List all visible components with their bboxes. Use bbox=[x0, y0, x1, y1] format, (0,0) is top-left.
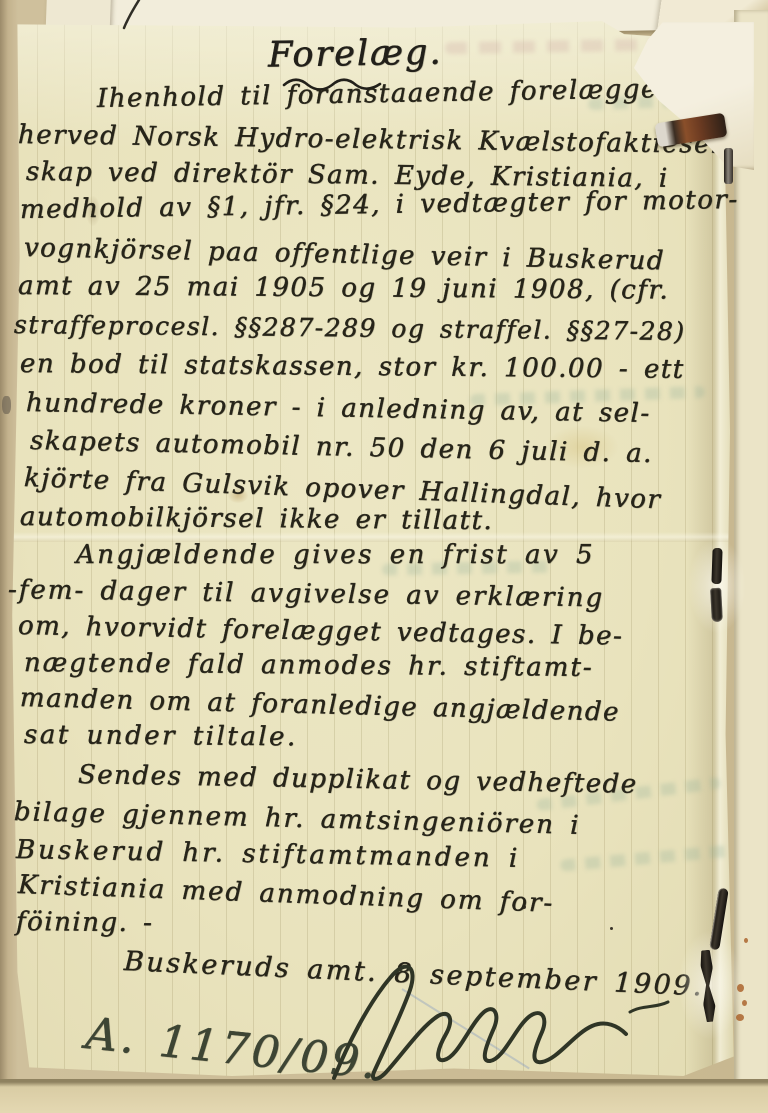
document-title: Forelæg. bbox=[268, 32, 443, 75]
handwritten-line: om, hvorvidt forelægget vedtages. I be- bbox=[18, 611, 624, 652]
rust-spot bbox=[737, 984, 744, 992]
handwritten-line: Ihenhold til foranstaaende forelægges bbox=[97, 74, 673, 114]
handwritten-text: Forelæg. Ihenhold til foranstaaende fore… bbox=[0, 0, 768, 1113]
handwritten-line: en bod til statskassen, stor kr. 100.00 … bbox=[20, 349, 685, 385]
rust-spot bbox=[736, 1014, 744, 1021]
handwritten-line: nægtende fald anmodes hr. stiftamt- bbox=[24, 648, 594, 683]
staple-icon bbox=[711, 548, 722, 584]
staple-icon bbox=[710, 588, 723, 623]
signature bbox=[328, 962, 674, 1088]
rust-spot bbox=[742, 1000, 747, 1006]
handwritten-line: -fem- dager til avgivelse av erklæring bbox=[8, 575, 605, 613]
metal-clip-bar bbox=[724, 148, 733, 184]
handwritten-line: sat under tiltale. bbox=[24, 720, 298, 752]
handwritten-line: skapets automobil nr. 50 den 6 juli d. a… bbox=[30, 426, 654, 469]
handwritten-line: vognkjörsel paa offentlige veir i Busker… bbox=[24, 233, 666, 276]
handwritten-line: automobilkjörsel ikke er tillatt. bbox=[20, 502, 494, 536]
handwritten-line: Angjældende gives en frist av 5 bbox=[76, 540, 595, 570]
handwritten-line: föining. - bbox=[16, 907, 154, 938]
handwritten-line: amt av 25 mai 1905 og 19 juni 1908, (cfr… bbox=[18, 271, 669, 306]
handwritten-line: straffeprocesl. §§287-289 og straffel. §… bbox=[14, 310, 686, 346]
handwritten-line: medhold av §1, jfr. §24, i vedtægter for… bbox=[20, 185, 739, 225]
handwritten-line: hundrede kroner - i anledning av, at sel… bbox=[26, 388, 651, 429]
handwritten-line: herved Norsk Hydro-elektrisk Kvælstofakt… bbox=[18, 120, 732, 160]
handwritten-line: Buskerud hr. stiftamtmanden i bbox=[16, 835, 521, 874]
handwritten-line: Sendes med dupplikat og vedheftede bbox=[78, 760, 638, 800]
handwritten-line: bilage gjennem hr. amtsingeniören i bbox=[14, 797, 581, 841]
pen-mark bbox=[118, 0, 144, 30]
scanned-document-page: Forelæg. Ihenhold til foranstaaende fore… bbox=[0, 0, 768, 1113]
rust-spot bbox=[744, 938, 748, 943]
